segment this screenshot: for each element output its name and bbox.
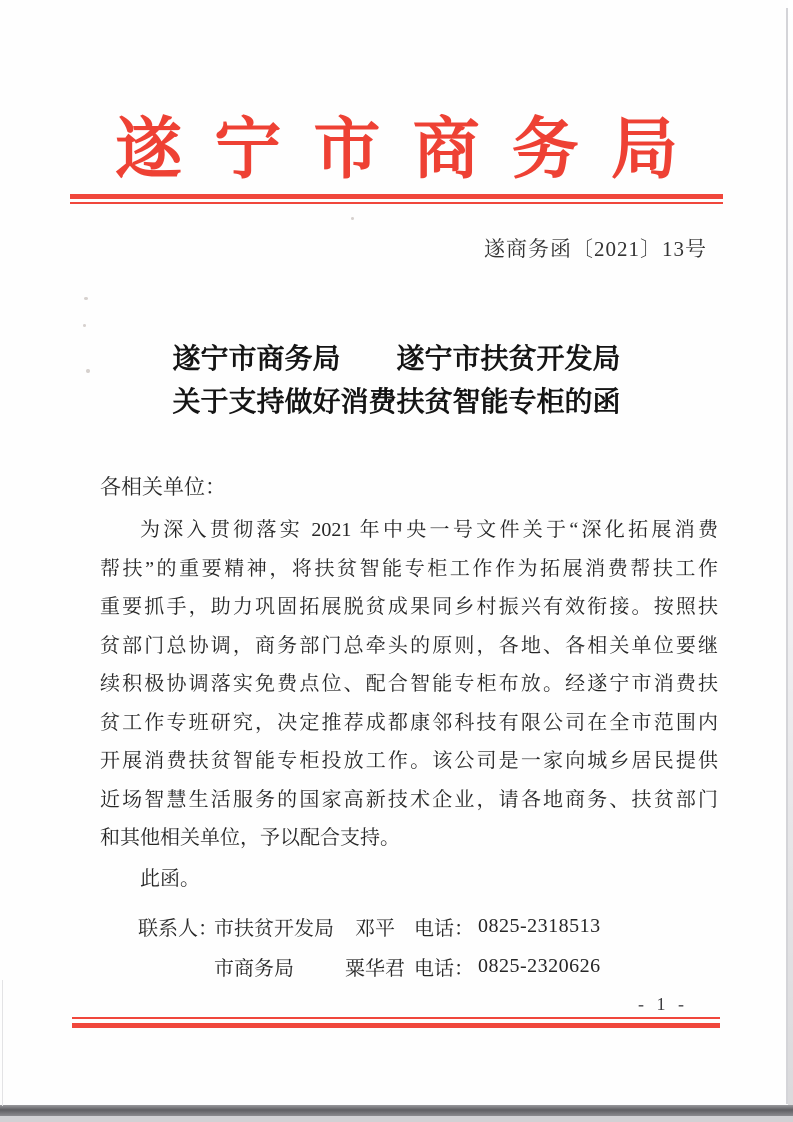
contact-phone-label: 电话： [414, 912, 478, 941]
scan-edge-right-line [786, 8, 788, 1104]
body-line: 续积极协调落实免费点位、配合智能专柜布放。经遂宁市消费扶 [100, 665, 718, 704]
letterhead-rule-thick [70, 194, 723, 199]
body-line: 贫工作专班研究，决定推荐成都康邻科技有限公司在全市范围内 [100, 704, 718, 743]
contact-info: 联系人：市扶贫开发局邓平电话：0825-2318513市商务局粟华君电话：082… [138, 906, 698, 986]
letterhead-agency-name: 遂宁市商务局 [70, 96, 723, 192]
contact-phone-label: 电话： [414, 952, 478, 981]
body-line: 重要抓手，助力巩固拓展脱贫成果同乡村振兴有效衔接。按照扶 [100, 588, 718, 627]
scan-speck [351, 217, 354, 220]
scan-speck [83, 324, 86, 327]
scanned-official-letter: 遂宁市商务局 遂商务函〔2021〕13号 遂宁市商务局 遂宁市扶贫开发局关于支持… [0, 0, 793, 1122]
contact-phone-number: 0825-2320626 [478, 955, 601, 978]
contact-phone-number: 0825-2318513 [478, 915, 601, 938]
contact-organization: 市商务局 [214, 952, 336, 981]
footer-rule-thick [72, 1023, 720, 1028]
footer-rule-thin [72, 1017, 720, 1019]
document-title-line: 关于支持做好消费扶贫智能专柜的函 [70, 381, 723, 424]
scan-edge-right-gutter [788, 0, 793, 1122]
scan-edge-bottom-outer [0, 1116, 793, 1122]
body-paragraph: 为深入贯彻落实 2021 年中央一号文件关于“深化拓展消费帮扶”的重要精神，将扶… [100, 511, 718, 858]
scan-speck [84, 297, 88, 300]
contact-prefix: 联系人： [138, 912, 214, 941]
document-title: 遂宁市商务局 遂宁市扶贫开发局关于支持做好消费扶贫智能专柜的函 [70, 338, 723, 424]
body-line: 贫部门总协调，商务部门总牵头的原则，各地、各相关单位要继 [100, 627, 718, 666]
contact-person-name: 粟华君 [336, 952, 414, 981]
document-number: 遂商务函〔2021〕13号 [484, 233, 707, 263]
page-number: - 1 - [70, 994, 718, 1015]
scan-edge-left-line [2, 980, 3, 1106]
closing-line: 此函。 [100, 862, 200, 891]
letterhead-rule-thin [70, 202, 723, 204]
scan-edge-bottom [0, 1105, 793, 1116]
body-line: 和其他相关单位，予以配合支持。 [100, 819, 718, 858]
document-title-line: 遂宁市商务局 遂宁市扶贫开发局 [70, 338, 723, 381]
body-line: 近场智慧生活服务的国家高新技术企业，请各地商务、扶贫部门 [100, 781, 718, 820]
salutation: 各相关单位： [100, 471, 226, 501]
body-line: 帮扶”的重要精神，将扶贫智能专柜工作作为拓展消费帮扶工作 [100, 550, 718, 589]
body-line: 为深入贯彻落实 2021 年中央一号文件关于“深化拓展消费 [100, 511, 718, 550]
contact-row: 联系人：市扶贫开发局邓平电话：0825-2318513 [138, 906, 698, 946]
body-line: 开展消费扶贫智能专柜投放工作。该公司是一家向城乡居民提供 [100, 742, 718, 781]
contact-person-name: 邓平 [336, 912, 414, 941]
contact-organization: 市扶贫开发局 [214, 912, 336, 941]
contact-row: 市商务局粟华君电话：0825-2320626 [138, 946, 698, 986]
